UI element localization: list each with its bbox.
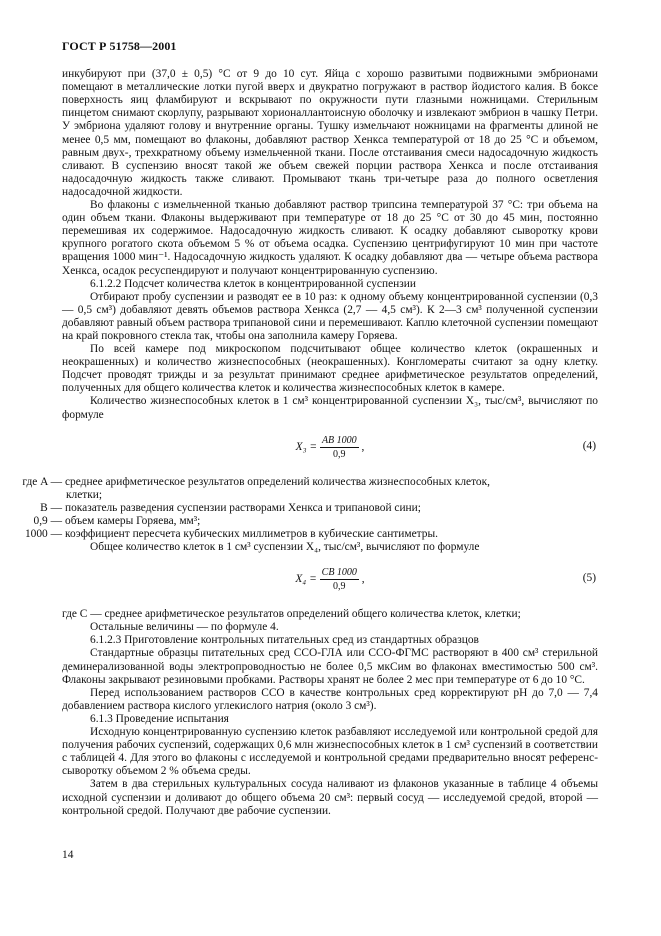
where-text: объем камеры Горяева, мм³; [62, 515, 598, 528]
formula-trail: , [362, 573, 365, 585]
numerator: AB 1000 [320, 434, 359, 448]
where-symbol: где A — [0, 476, 62, 489]
formula-lhs: X₄ = [295, 573, 316, 585]
paragraph: Отбирают пробу суспензии и разводят ее в… [62, 291, 598, 343]
paragraph: Исходную концентрированную суспензию кле… [62, 726, 598, 778]
formula-number: (5) [583, 572, 596, 585]
document-page: ГОСТ Р 51758—2001 инкубируют при (37,0 ±… [62, 40, 598, 818]
paragraph: Стандартные образцы питательных сред ССО… [62, 647, 598, 686]
where-text: показатель разведения суспензии раствора… [62, 502, 598, 515]
where-text: коэффициент пересчета кубических миллиме… [62, 528, 598, 541]
where-clause: где C — среднее арифметическое результат… [62, 608, 598, 621]
section-heading: 6.1.2.2 Подсчет количества клеток в конц… [62, 278, 598, 291]
standard-header: ГОСТ Р 51758—2001 [62, 40, 598, 53]
paragraph: Перед использованием растворов ССО в кач… [62, 687, 598, 713]
where-text: среднее арифметическое результатов опред… [62, 476, 598, 489]
formula-fraction: AB 1000 0,9 [320, 434, 359, 461]
formula-4: X₃ = AB 1000 0,9 , (4) [62, 430, 598, 470]
denominator: 0,9 [320, 448, 359, 461]
formula-5: X₄ = CB 1000 0,9 , (5) [62, 562, 598, 602]
denominator: 0,9 [320, 580, 359, 593]
formula-fraction: CB 1000 0,9 [320, 566, 359, 593]
paragraph: Затем в два стерильных культуральных сос… [62, 778, 598, 817]
paragraph: Количество жизнеспособных клеток в 1 см³… [62, 395, 598, 421]
page-number: 14 [62, 849, 73, 861]
section-heading: 6.1.2.3 Приготовление контрольных питате… [62, 634, 598, 647]
paragraph: Во флаконы с измельченной тканью добавля… [62, 199, 598, 278]
where-text-cont: клетки; [62, 489, 598, 502]
paragraph: Общее количество клеток в 1 см³ суспензи… [62, 541, 598, 554]
where-clause: где A — среднее арифметическое результат… [62, 476, 598, 541]
where-symbol: B — [0, 502, 62, 515]
paragraph: инкубируют при (37,0 ± 0,5) °C от 9 до 1… [62, 68, 598, 199]
paragraph: Остальные величины — по формуле 4. [62, 621, 598, 634]
formula-trail: , [362, 441, 365, 453]
where-symbol: 1000 — [0, 528, 62, 541]
formula-number: (4) [583, 440, 596, 453]
formula-lhs: X₃ = [296, 441, 317, 453]
paragraph: По всей камере под микроскопом подсчитыв… [62, 343, 598, 395]
where-symbol: 0,9 — [0, 515, 62, 528]
numerator: CB 1000 [320, 566, 359, 580]
section-heading: 6.1.3 Проведение испытания [62, 713, 598, 726]
